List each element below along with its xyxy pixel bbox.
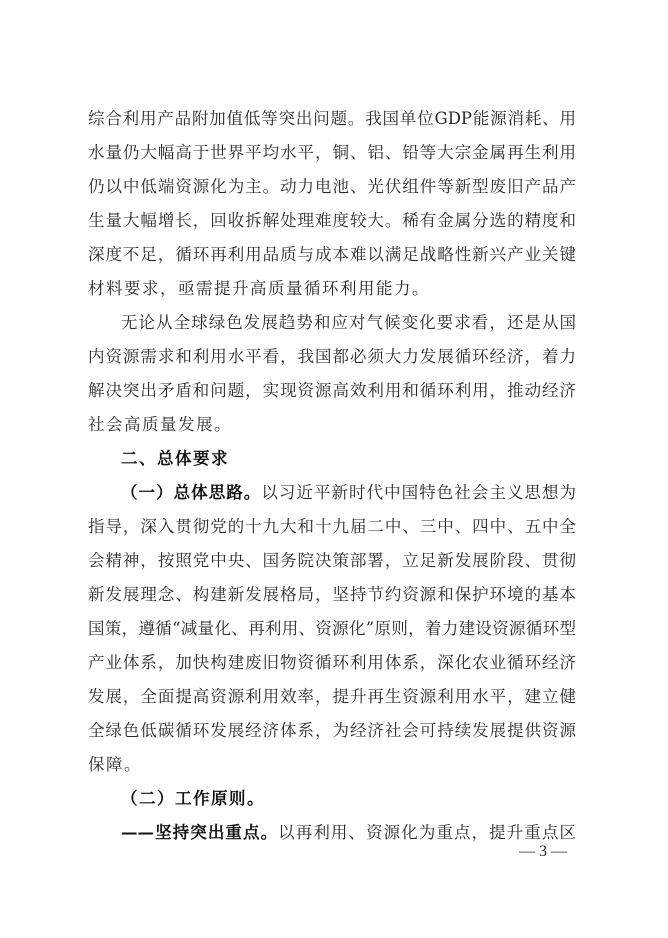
paragraph-line: 产业体系，加快构建废旧物资循环利用体系，深化农业循环经济: [88, 646, 576, 680]
section-heading: 二、总体要求: [88, 442, 576, 476]
paragraph-line: 指导，深入贯彻党的十九大和十九届二中、三中、四中、五中全: [88, 510, 576, 544]
subsection-title: （二）工作原则。: [121, 789, 265, 808]
paragraph-line: 全绿色低碳循环发展经济体系，为经济社会可持续发展提供资源: [88, 714, 576, 748]
paragraph-line: 发展，全面提高资源利用效率，提升再生资源利用水平，建立健: [88, 680, 576, 714]
paragraph-line: 内资源需求和利用水平看，我国都必须大力发展循环经济，着力: [88, 340, 576, 374]
paragraph-line: 国策，遵循“减量化、再利用、资源化”原则，着力建设资源循环型: [88, 612, 576, 646]
subsection-title: （一）总体思路。: [121, 483, 261, 502]
paragraph-line: 社会高质量发展。: [88, 408, 576, 442]
document-page: 综合利用产品附加值低等突出问题。我国单位GDP能源消耗、用 水量仍大幅高于世界平…: [0, 0, 668, 938]
principle-title: ——坚持突出重点。: [121, 823, 278, 842]
paragraph-line: 综合利用产品附加值低等突出问题。我国单位GDP能源消耗、用: [88, 102, 576, 136]
paragraph-line: 水量仍大幅高于世界平均水平，铜、铝、铅等大宗金属再生利用: [88, 136, 576, 170]
document-body: 综合利用产品附加值低等突出问题。我国单位GDP能源消耗、用 水量仍大幅高于世界平…: [88, 102, 576, 850]
subsection-heading: （二）工作原则。: [88, 782, 576, 816]
paragraph-line: 新发展理念、构建新发展格局，坚持节约资源和保护环境的基本: [88, 578, 576, 612]
paragraph-line: 无论从全球绿色发展趋势和应对气候变化要求看，还是从国: [88, 306, 576, 340]
paragraph-line: 材料要求，亟需提升高质量循环利用能力。: [88, 272, 576, 306]
page-number: — 3 —: [512, 838, 574, 866]
subsection-first-line: （一）总体思路。以习近平新时代中国特色社会主义思想为: [88, 476, 576, 510]
paragraph-line: 深度不足，循环再利用品质与成本难以满足战略性新兴产业关键: [88, 238, 576, 272]
paragraph-line: 生量大幅增长，回收拆解处理难度较大。稀有金属分选的精度和: [88, 204, 576, 238]
paragraph-line: 会精神，按照党中央、国务院决策部署，立足新发展阶段、贯彻: [88, 544, 576, 578]
principle-line: ——坚持突出重点。以再利用、资源化为重点，提升重点区: [88, 816, 576, 850]
paragraph-line: 仍以中低端资源化为主。动力电池、光伏组件等新型废旧产品产: [88, 170, 576, 204]
subsection-text: 以习近平新时代中国特色社会主义思想为: [261, 483, 576, 502]
paragraph-line: 保障。: [88, 748, 576, 782]
paragraph-line: 解决突出矛盾和问题，实现资源高效利用和循环利用，推动经济: [88, 374, 576, 408]
